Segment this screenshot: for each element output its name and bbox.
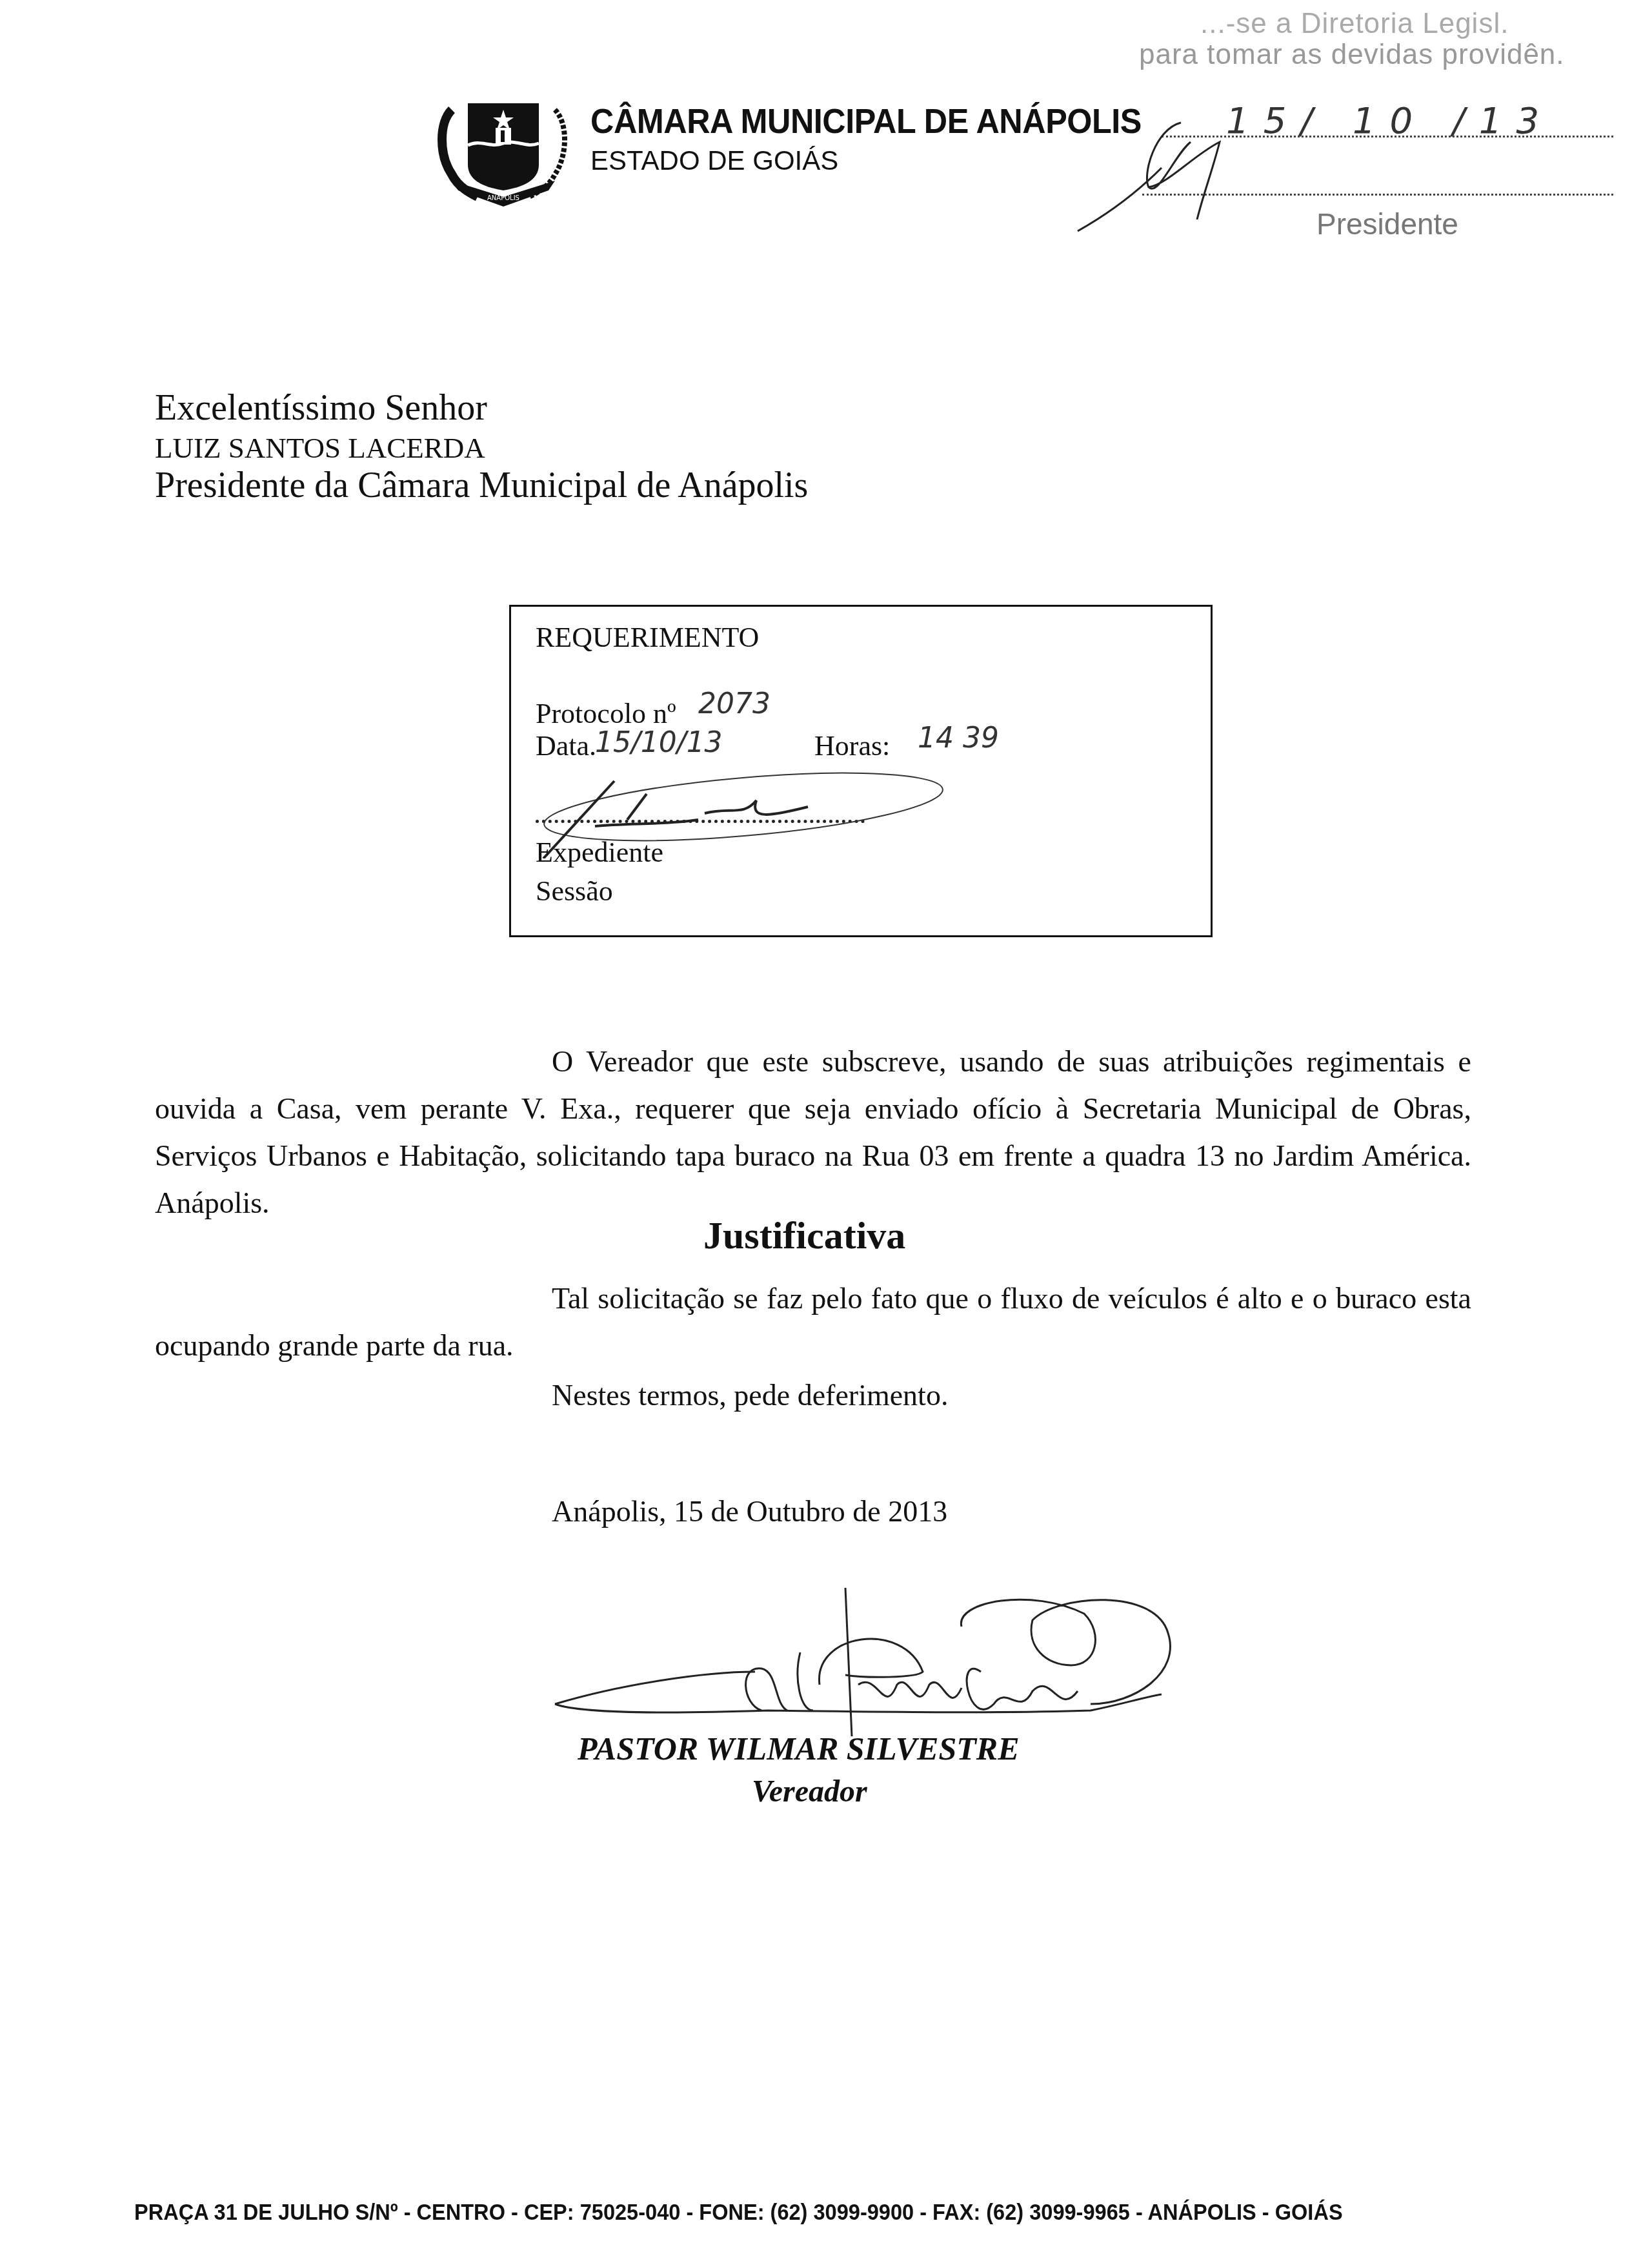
stamp-instruction-line1: ...-se a Diretoria Legisl. (1200, 8, 1509, 40)
footer-address: PRAÇA 31 DE JULHO S/Nº - CENTRO - CEP: 7… (134, 2200, 1343, 2226)
signer-role: Vereador (752, 1774, 867, 1809)
protocol-date-value: 15/10/13 (595, 726, 723, 759)
sessao-label: Sessão (536, 875, 613, 908)
organization-subtitle: ESTADO DE GOIÁS (590, 145, 838, 176)
addressee-position: Presidente da Câmara Municipal de Anápol… (155, 465, 808, 506)
protocol-number-value: 2073 (698, 687, 771, 720)
place-and-date: Anápolis, 15 de Outubro de 2013 (552, 1494, 947, 1528)
justification-heading: Justificativa (703, 1213, 905, 1258)
svg-text:ANÁPOLIS: ANÁPOLIS (487, 194, 519, 202)
addressee-name: LUIZ SANTOS LACERDA (155, 431, 485, 465)
addressee-salutation: Excelentíssimo Senhor (155, 387, 487, 429)
protocol-hours-value: 14 39 (918, 722, 999, 755)
justification-paragraph: Tal solicitação se faz pelo fato que o f… (155, 1275, 1471, 1369)
request-paragraph: O Vereador que este subscreve, usando de… (155, 1038, 1471, 1226)
protocol-box: REQUERIMENTO Protocolo nº 2073 Data. 15/… (509, 605, 1213, 937)
councilor-signature-icon (542, 1575, 1239, 1756)
signer-name: PASTOR WILMAR SILVESTRE (578, 1730, 1020, 1767)
stamp-instruction-line2: para tomar as devidas providên. (1139, 39, 1565, 71)
stamp-president-label: Presidente (1316, 207, 1458, 241)
protocol-number-label: Protocolo nº (536, 697, 676, 730)
coat-of-arms-icon: ANÁPOLIS (432, 84, 574, 213)
president-signature-icon (1071, 116, 1265, 232)
expediente-label: Expediente (536, 836, 663, 869)
closing-text: Nestes termos, pede deferimento. (552, 1378, 948, 1412)
organization-title: CÂMARA MUNICIPAL DE ANÁPOLIS (590, 102, 1142, 141)
protocol-box-title: REQUERIMENTO (536, 621, 759, 654)
